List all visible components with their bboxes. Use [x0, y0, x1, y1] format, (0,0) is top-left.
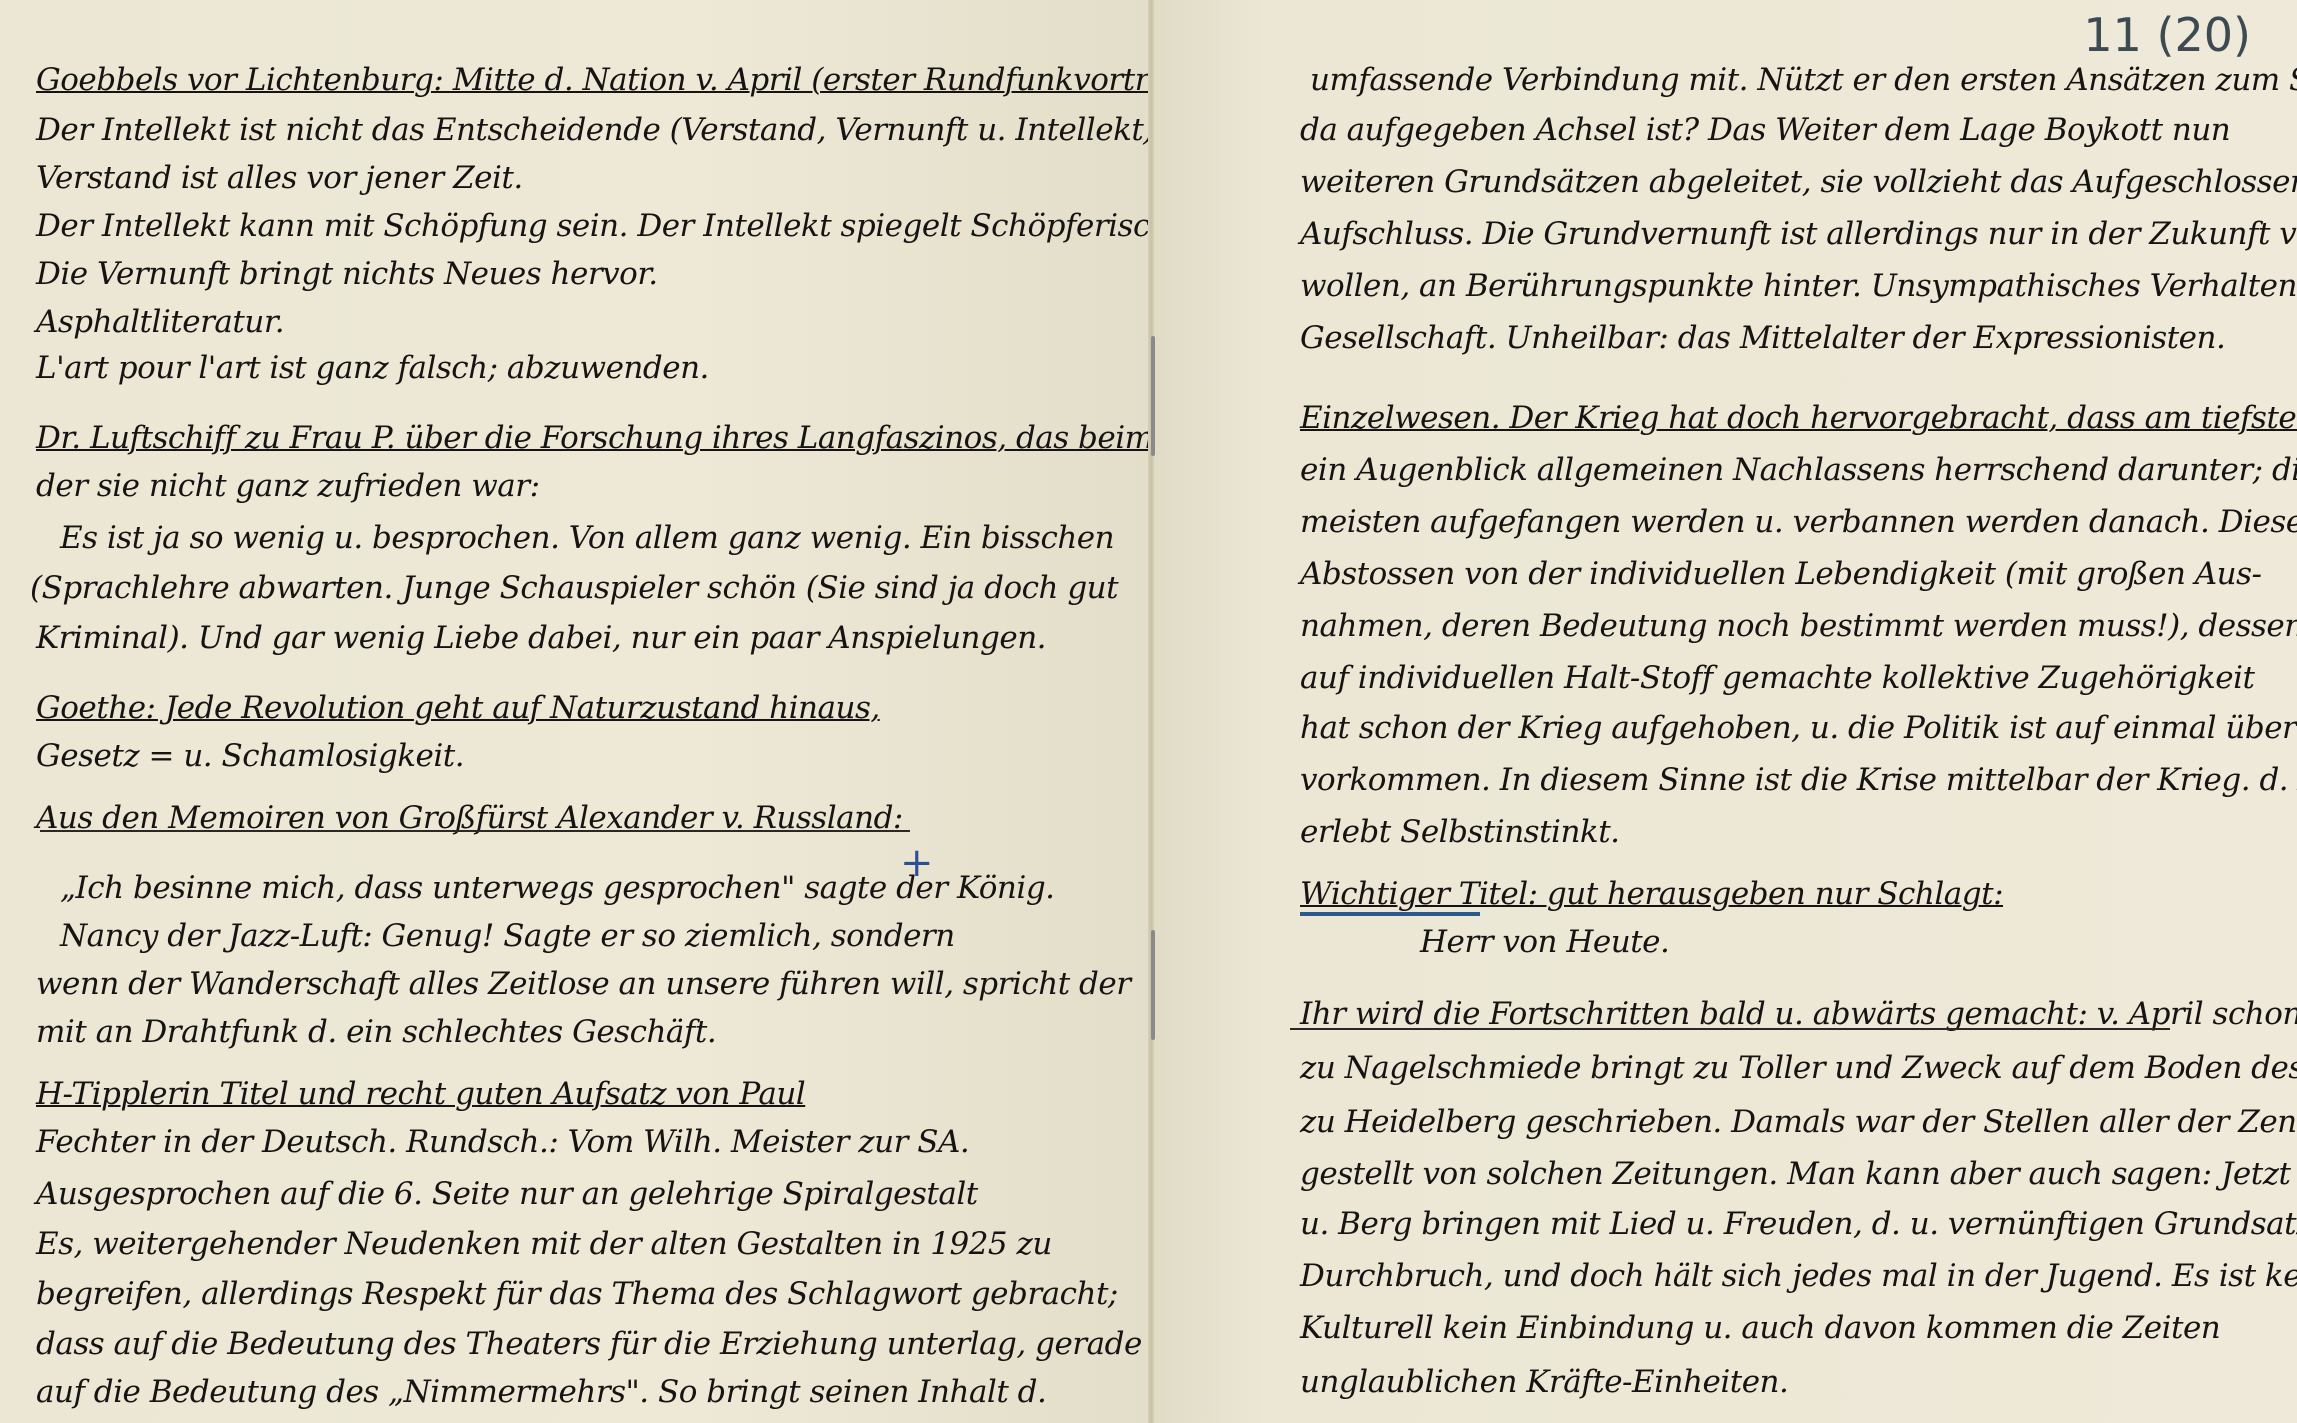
margin-plus-mark: +: [900, 840, 934, 886]
staple-top: [1151, 336, 1155, 456]
handwritten-line: Nancy der Jazz-Luft: Genug! Sagte er so …: [60, 918, 955, 954]
handwritten-line: Aufschluss. Die Grundvernunft ist allerd…: [1300, 216, 2297, 252]
handwritten-line: auf individuellen Halt-Stoff gemachte ko…: [1300, 660, 2254, 696]
handwritten-line: Asphaltliteratur.: [36, 304, 284, 340]
handwritten-line: Kriminal). Und gar wenig Liebe dabei, nu…: [36, 620, 1046, 656]
handwritten-line: Es, weitergehender Neudenken mit der alt…: [36, 1226, 1052, 1262]
handwritten-line: gestellt von solchen Zeitungen. Man kann…: [1300, 1156, 2291, 1192]
left-page: Goebbels vor Lichtenburg: Mitte d. Natio…: [0, 0, 1150, 1423]
handwritten-line: Der Intellekt ist nicht das Entscheidend…: [36, 112, 1150, 148]
handwritten-line: vorkommen. In diesem Sinne ist die Krise…: [1300, 762, 2297, 798]
handwritten-line: Durchbruch, und doch hält sich jedes mal…: [1300, 1258, 2297, 1294]
handwritten-line: unglaublichen Kräfte-Einheiten.: [1300, 1364, 1788, 1400]
handwritten-line: Einzelwesen. Der Krieg hat doch hervorge…: [1300, 400, 2297, 436]
handwritten-line: Dr. Luftschiff zu Frau P. über die Forsc…: [36, 420, 1150, 456]
handwritten-line: Kulturell kein Einbindung u. auch davon …: [1300, 1310, 2220, 1346]
handwritten-line: begreifen, allerdings Respekt für das Th…: [36, 1276, 1118, 1312]
handwritten-line: auf die Bedeutung des „Nimmermehrs". So …: [36, 1374, 1046, 1410]
handwritten-line: H-Tipplerin Titel und recht guten Aufsat…: [36, 1076, 805, 1112]
handwritten-line: weiteren Grundsätzen abgeleitet, sie vol…: [1300, 164, 2297, 200]
handwritten-line: nahmen, deren Bedeutung noch bestimmt we…: [1300, 608, 2297, 644]
staple-bottom: [1151, 930, 1155, 1040]
handwritten-line: Die Vernunft bringt nichts Neues hervor.: [36, 256, 658, 292]
handwritten-line: hat schon der Krieg aufgehoben, u. die P…: [1300, 710, 2297, 746]
handwritten-line: umfassende Verbindung mit. Nützt er den …: [1310, 62, 2297, 98]
handwritten-line: Ihr wird die Fortschritten bald u. abwär…: [1300, 996, 2297, 1032]
page-number: 11 (20): [2083, 8, 2251, 62]
handwritten-line: zu Nagelschmiede bringt zu Toller und Zw…: [1300, 1050, 2297, 1086]
handwritten-line: Goethe: Jede Revolution geht auf Naturzu…: [36, 690, 880, 726]
handwritten-line: der sie nicht ganz zufrieden war:: [36, 468, 540, 504]
handwritten-line: wenn der Wanderschaft alles Zeitlose an …: [36, 966, 1131, 1002]
handwritten-line: Ausgesprochen auf die 6. Seite nur an ge…: [36, 1176, 978, 1212]
binding-gutter: [1148, 0, 1154, 1423]
section-rule-memoirs: [40, 830, 910, 832]
handwritten-line: ein Augenblick allgemeinen Nachlassens h…: [1300, 452, 2297, 488]
handwritten-line: L'art pour l'art ist ganz falsch; abzuwe…: [36, 350, 709, 386]
handwritten-line: (Sprachlehre abwarten. Junge Schauspiele…: [30, 570, 1118, 606]
handwritten-line: mit an Drahtfunk d. ein schlechtes Gesch…: [36, 1014, 716, 1050]
handwritten-line: Abstossen von der individuellen Lebendig…: [1300, 556, 2262, 592]
handwritten-line: Gesellschaft. Unheilbar: das Mittelalter…: [1300, 320, 2225, 356]
handwritten-line: da aufgegeben Achsel ist? Das Weiter dem…: [1300, 112, 2230, 148]
handwritten-line: erlebt Selbstinstinkt.: [1300, 814, 1620, 850]
blue-pencil-underline: [1300, 912, 1480, 916]
handwritten-line: meisten aufgefangen werden u. verbannen …: [1300, 504, 2297, 540]
handwritten-line: Gesetz = u. Schamlosigkeit.: [36, 738, 464, 774]
handwritten-line: wollen, an Berührungspunkte hinter. Unsy…: [1300, 268, 2297, 304]
handwritten-line: Goebbels vor Lichtenburg: Mitte d. Natio…: [36, 62, 1150, 98]
handwritten-line: Wichtiger Titel: gut herausgeben nur Sch…: [1300, 876, 2003, 912]
handwritten-line: zu Heidelberg geschrieben. Damals war de…: [1300, 1104, 2297, 1140]
handwritten-line: Herr von Heute.: [1420, 924, 1669, 960]
handwritten-line: Es ist ja so wenig u. besprochen. Von al…: [60, 520, 1114, 556]
handwritten-line: u. Berg bringen mit Lied u. Freuden, d. …: [1300, 1206, 2297, 1242]
handwritten-line: Verstand ist alles vor jener Zeit.: [36, 160, 523, 196]
handwritten-line: dass auf die Bedeutung des Theaters für …: [36, 1326, 1142, 1362]
right-page: 11 (20) umfassende Verbindung mit. Nützt…: [1150, 0, 2297, 1423]
section-rule-right: [1290, 1028, 2170, 1030]
handwritten-line: Fechter in der Deutsch. Rundsch.: Vom Wi…: [36, 1124, 969, 1160]
handwritten-line: Der Intellekt kann mit Schöpfung sein. D…: [36, 208, 1150, 244]
